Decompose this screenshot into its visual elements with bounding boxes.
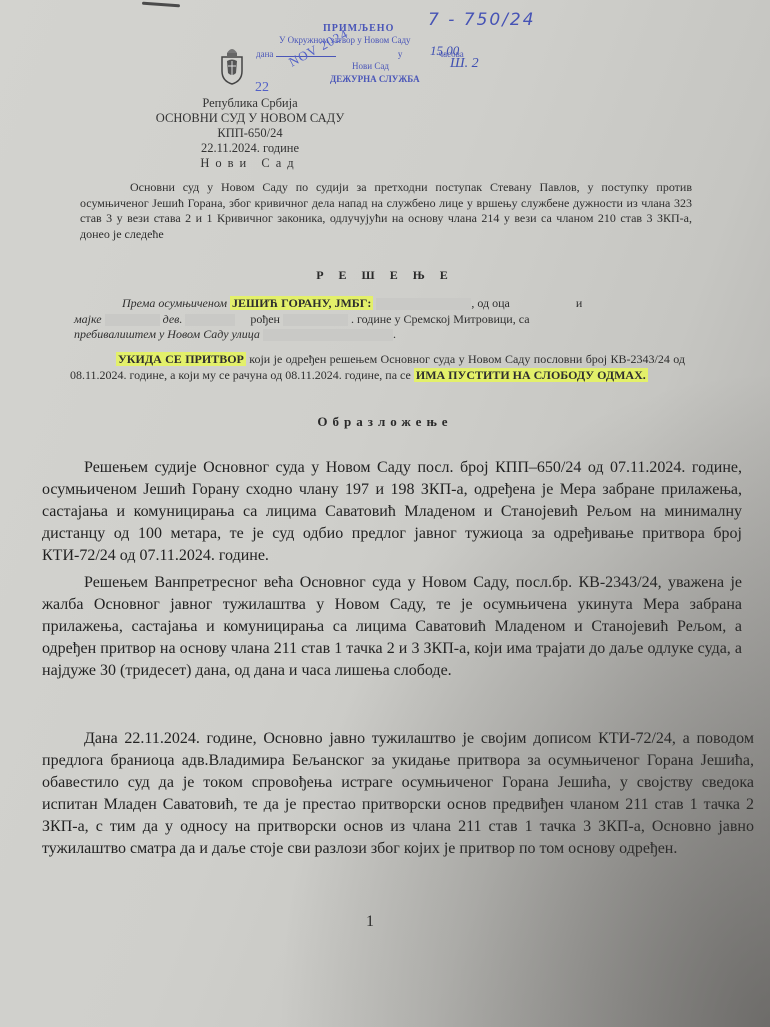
suspect-residence-label: пребивалиштем у Новом Саду улица: [74, 327, 260, 341]
coat-of-arms-icon: [219, 45, 245, 85]
reasoning-title: Образложење: [0, 414, 770, 430]
suspect-name: ЈЕШИЋ ГОРАНУ, ЈМБГ:: [230, 296, 373, 310]
redacted-maiden: [185, 314, 235, 326]
reasoning-paragraph-1: Решењем судије Основног суда у Новом Сад…: [42, 457, 742, 567]
suspect-father-label: , од оца: [471, 296, 510, 310]
suspect-end: .: [393, 327, 396, 341]
redacted-address: [263, 329, 393, 341]
redacted-jmbg: [376, 298, 471, 310]
stamp-date-month: NOV 2024: [286, 26, 351, 71]
suspect-mother-label: мајке: [74, 312, 102, 326]
suspect-dev-label: дев.: [163, 312, 183, 326]
pen-mark: [142, 2, 180, 8]
header-city: Нови Сад: [100, 156, 400, 171]
suspect-paragraph: Према осумњиченом ЈЕШИЋ ГОРАНУ, ЈМБГ: , …: [74, 296, 686, 343]
header-case-number: КПП-650/24: [100, 126, 400, 141]
redacted-mother: [105, 314, 160, 326]
suspect-and: и: [576, 296, 582, 310]
suspect-birthplace: . године у Сремској Митровици, са: [351, 312, 530, 326]
redacted-birthdate: [283, 314, 348, 326]
handwritten-registry-number: 7 - 750/24: [428, 10, 536, 30]
handwritten-signature: Ш. 2: [450, 56, 479, 72]
ruling-paragraph: УКИДА СЕ ПРИТВОР који је одређен решењем…: [70, 352, 685, 383]
reasoning-paragraph-3: Дана 22.11.2024. године, Основно јавно т…: [42, 728, 754, 860]
ruling-release-now: ИМА ПУСТИТИ НА СЛОБОДУ ОДМАХ.: [414, 368, 648, 382]
stamp-at-label: у: [398, 49, 403, 59]
header-country: Република Србија: [100, 96, 400, 111]
stamp-date-label: дана: [256, 49, 273, 59]
stamp-city: Нови Сад: [352, 61, 389, 71]
reasoning-paragraph-2: Решењем Ванпретресног већа Основног суда…: [42, 572, 742, 682]
suspect-born-label: рођен: [250, 312, 280, 326]
page-number: 1: [366, 913, 374, 931]
intro-paragraph: Основни суд у Новом Саду по судији за пр…: [80, 180, 692, 242]
document-header: Република Србија ОСНОВНИ СУД У НОВОМ САД…: [100, 96, 400, 171]
header-court: ОСНОВНИ СУД У НОВОМ САДУ: [100, 111, 400, 126]
stamp-date-day: 22: [255, 80, 269, 96]
document-page: ПРИМЉЕНО У Окружном затвор у Новом Саду …: [0, 0, 770, 1027]
header-date: 22.11.2024. године: [100, 141, 400, 156]
stamp-service: ДЕЖУРНА СЛУЖБА: [330, 74, 420, 84]
ruling-detention-lifted: УКИДА СЕ ПРИТВОР: [116, 352, 246, 366]
suspect-prefix: Према осумњиченом: [122, 296, 227, 310]
spacer: [513, 298, 573, 310]
decision-title: Р Е Ш Е Њ Е: [0, 268, 770, 283]
